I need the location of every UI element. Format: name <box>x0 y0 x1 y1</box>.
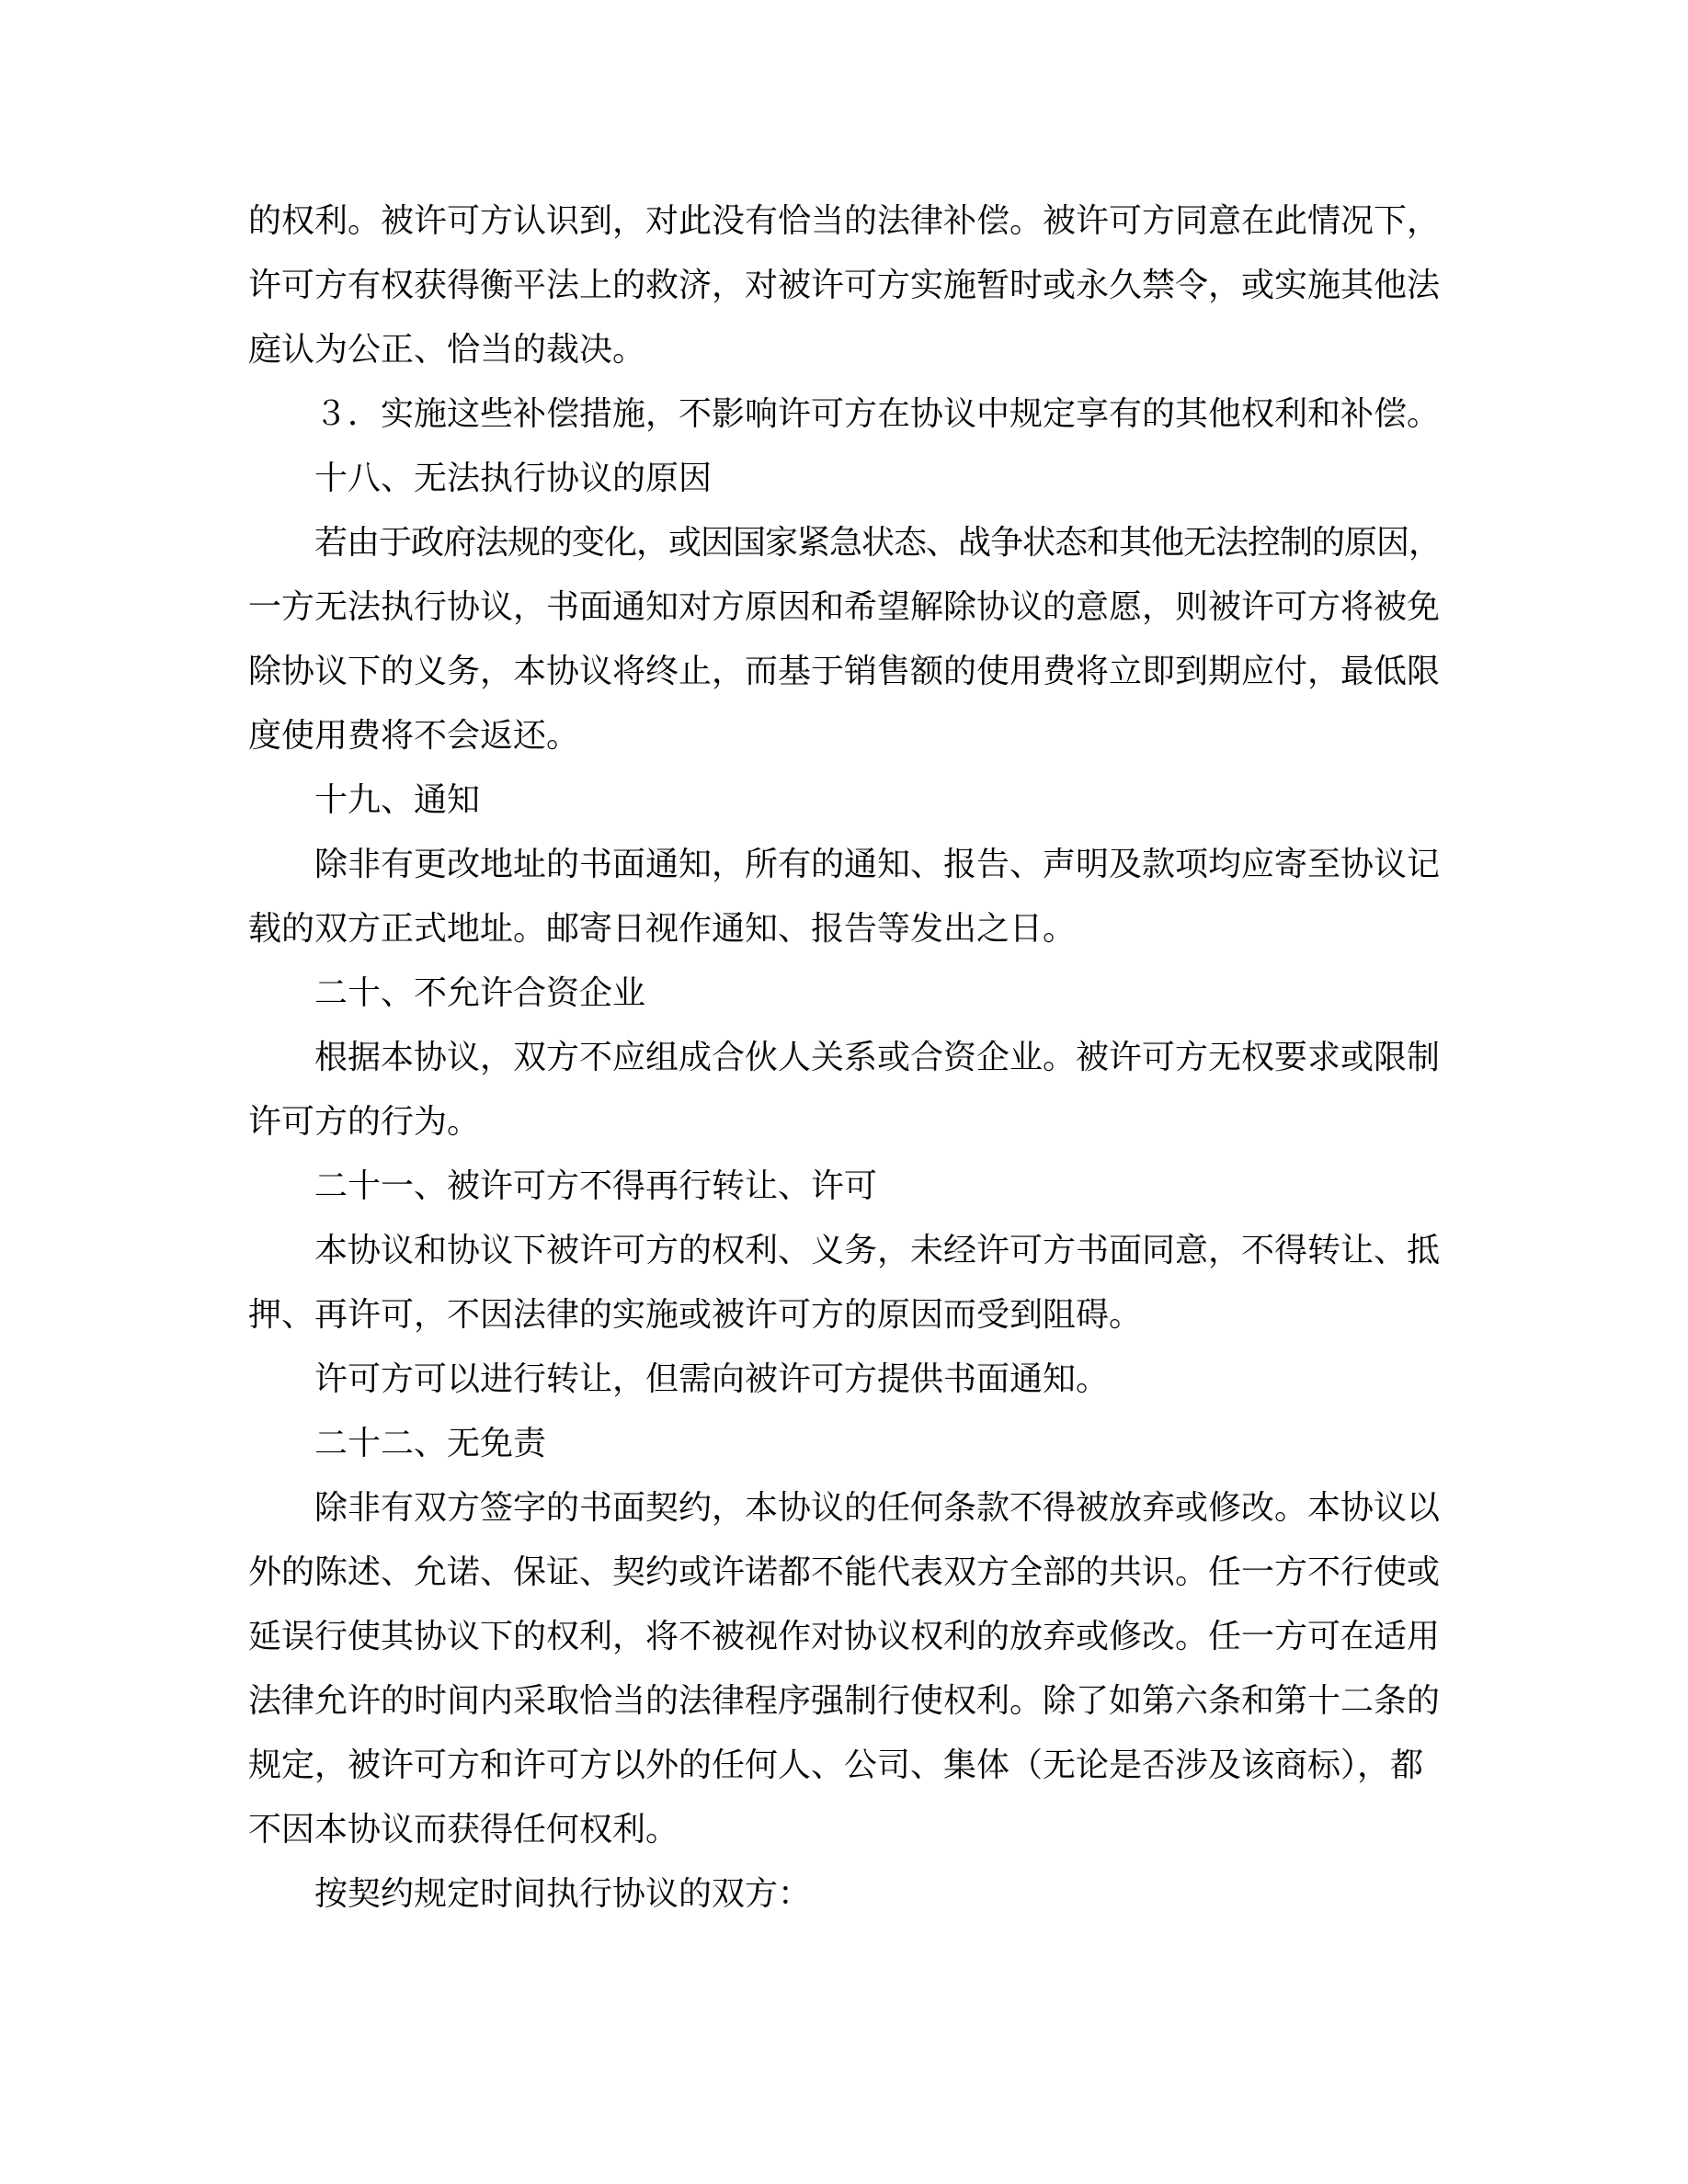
text-line: 外的陈述、允诺、保证、契约或许诺都不能代表双方全部的共识。任一方不行使或 <box>248 1540 1443 1604</box>
text-line: 不因本协议而获得任何权利。 <box>248 1797 1443 1861</box>
text-line: 二十、不允许合资企业 <box>248 961 1443 1025</box>
text-line: 本协议和协议下被许可方的权利、义务，未经许可方书面同意，不得转让、抵 <box>248 1218 1443 1282</box>
text-line: 度使用费将不会返还。 <box>248 703 1443 768</box>
text-line: ３．实施这些补偿措施，不影响许可方在协议中规定享有的其他权利和补偿。 <box>248 381 1443 446</box>
document-page: 的权利。被许可方认识到，对此没有恰当的法律补偿。被许可方同意在此情况下，许可方有… <box>0 0 1688 2184</box>
text-line: 载的双方正式地址。邮寄日视作通知、报告等发出之日。 <box>248 896 1443 961</box>
text-line: 二十二、无免责 <box>248 1411 1443 1475</box>
text-line: 的权利。被许可方认识到，对此没有恰当的法律补偿。被许可方同意在此情况下， <box>248 188 1443 253</box>
text-line: 法律允许的时间内采取恰当的法律程序强制行使权利。除了如第六条和第十二条的 <box>248 1668 1443 1733</box>
document-text: 的权利。被许可方认识到，对此没有恰当的法律补偿。被许可方同意在此情况下，许可方有… <box>248 188 1443 1926</box>
text-line: 许可方的行为。 <box>248 1089 1443 1154</box>
text-line: 延误行使其协议下的权利，将不被视作对协议权利的放弃或修改。任一方可在适用 <box>248 1604 1443 1668</box>
text-line: 十八、无法执行协议的原因 <box>248 446 1443 510</box>
text-line: 除非有双方签字的书面契约，本协议的任何条款不得被放弃或修改。本协议以 <box>248 1475 1443 1540</box>
text-line: 规定，被许可方和许可方以外的任何人、公司、集体（无论是否涉及该商标），都 <box>248 1733 1443 1797</box>
text-line: 二十一、被许可方不得再行转让、许可 <box>248 1154 1443 1218</box>
text-line: 一方无法执行协议，书面通知对方原因和希望解除协议的意愿，则被许可方将被免 <box>248 574 1443 639</box>
text-line: 根据本协议，双方不应组成合伙人关系或合资企业。被许可方无权要求或限制 <box>248 1025 1443 1089</box>
text-line: 押、再许可，不因法律的实施或被许可方的原因而受到阻碍。 <box>248 1282 1443 1347</box>
text-line: 除协议下的义务，本协议将终止，而基于销售额的使用费将立即到期应付，最低限 <box>248 639 1443 703</box>
text-line: 庭认为公正、恰当的裁决。 <box>248 317 1443 381</box>
text-line: 许可方有权获得衡平法上的救济，对被许可方实施暂时或永久禁令，或实施其他法 <box>248 253 1443 317</box>
text-line: 按契约规定时间执行协议的双方： <box>248 1861 1443 1926</box>
text-line: 十九、通知 <box>248 768 1443 832</box>
text-line: 除非有更改地址的书面通知，所有的通知、报告、声明及款项均应寄至协议记 <box>248 832 1443 896</box>
text-line: 许可方可以进行转让，但需向被许可方提供书面通知。 <box>248 1347 1443 1411</box>
text-line: 若由于政府法规的变化，或因国家紧急状态、战争状态和其他无法控制的原因， <box>248 510 1443 574</box>
